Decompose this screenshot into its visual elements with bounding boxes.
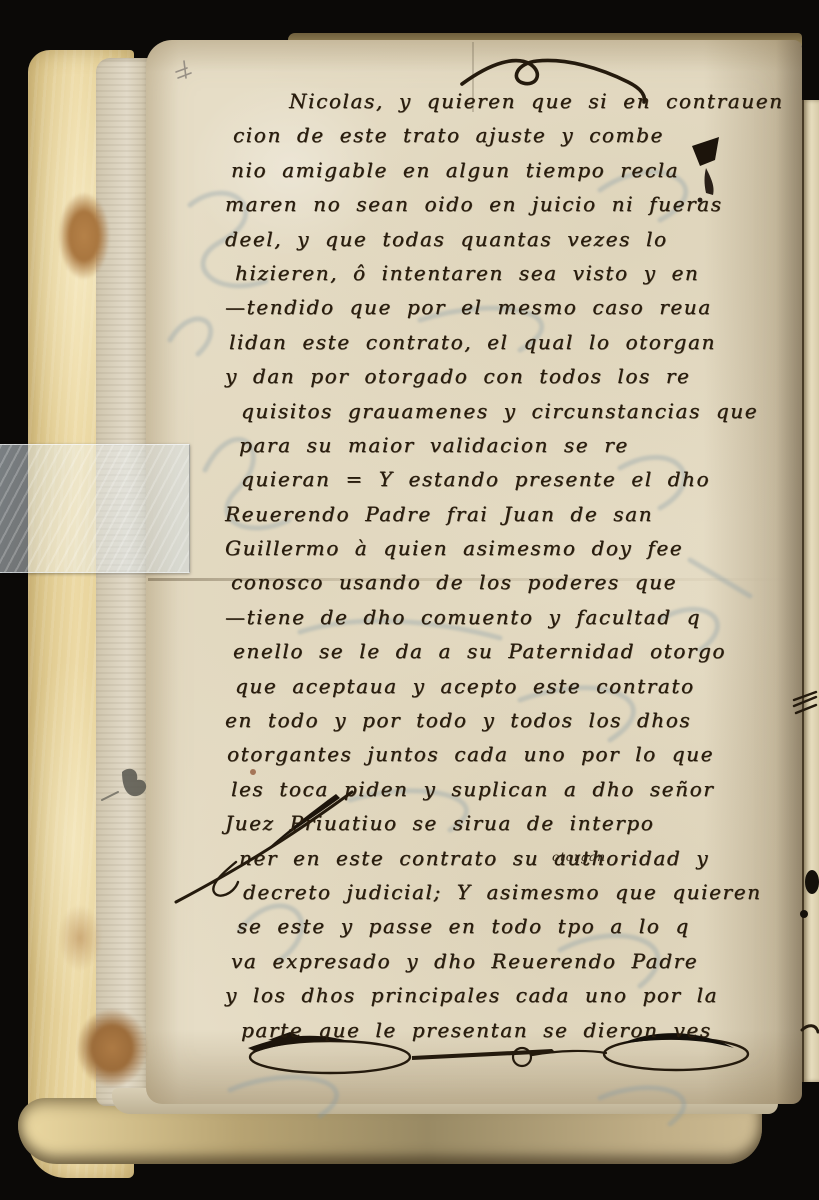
handwritten-line: Guillermo à quien asimesmo doy fee bbox=[225, 531, 765, 565]
handwritten-line: Juez Priuatiuo se sirua de interpo bbox=[225, 806, 765, 840]
handwritten-line: Nicolas, y quieren que si en contrauen bbox=[225, 84, 765, 118]
handwritten-line: nio amigable en algun tiempo recla bbox=[225, 153, 765, 187]
handwritten-line: —tendido que por el mesmo caso reua bbox=[225, 290, 765, 324]
handwritten-line: conosco usando de los poderes que bbox=[225, 565, 765, 599]
handwritten-line: —tiene de dho comuento y facultad q bbox=[225, 600, 765, 634]
handwritten-text: Nicolas, y quieren que si en contrauen c… bbox=[225, 84, 765, 1047]
handwritten-line: para su maior validacion se re bbox=[225, 428, 765, 462]
next-page-edge bbox=[802, 100, 819, 1082]
handwritten-line: y los dhos principales cada uno por la bbox=[225, 978, 765, 1012]
handwritten-line: y dan por otorgado con todos los re bbox=[225, 359, 765, 393]
handwritten-line: en todo y por todo y todos los dhos bbox=[225, 703, 765, 737]
handwritten-line: va expresado y dho Reuerendo Padre bbox=[225, 944, 765, 978]
handwritten-line: quisitos grauamenes y circunstancias que bbox=[225, 394, 765, 428]
manuscript-photo: Nicolas, y quieren que si en contrauen c… bbox=[0, 0, 819, 1200]
handwritten-line: ner en este contrato su authoridad y bbox=[225, 841, 765, 875]
handwritten-line: Reuerendo Padre frai Juan de san bbox=[225, 497, 765, 531]
handwritten-line: les toca piden y suplican a dho señor bbox=[225, 772, 765, 806]
handwritten-line: otorgantes juntos cada uno por lo que bbox=[225, 737, 765, 771]
handwritten-line: se este y passe en todo tpo a lo q bbox=[225, 909, 765, 943]
handwritten-line: maren no sean oido en juicio ni fueras bbox=[225, 187, 765, 221]
handwritten-line: enello se le da a su Paternidad otorgo bbox=[225, 634, 765, 668]
handwritten-line: hizieren, ô intentaren sea visto y en bbox=[225, 256, 765, 290]
tape-strip bbox=[0, 444, 190, 573]
handwritten-line: decreto judicial; Y asimesmo que quieren bbox=[225, 875, 765, 909]
handwritten-line: quieran = Y estando presente el dho bbox=[225, 462, 765, 496]
handwritten-line: lidan este contrato, el qual lo otorgan bbox=[225, 325, 765, 359]
handwritten-line: que aceptaua y acepto este contrato bbox=[225, 669, 765, 703]
handwritten-line: cion de este trato ajuste y combe bbox=[225, 118, 765, 152]
interlinear-insertion: otorgan bbox=[552, 849, 606, 864]
handwritten-line: deel, y que todas quantas vezes lo bbox=[225, 222, 765, 256]
handwritten-line: parte que le presentan se dieron ves bbox=[225, 1013, 765, 1047]
